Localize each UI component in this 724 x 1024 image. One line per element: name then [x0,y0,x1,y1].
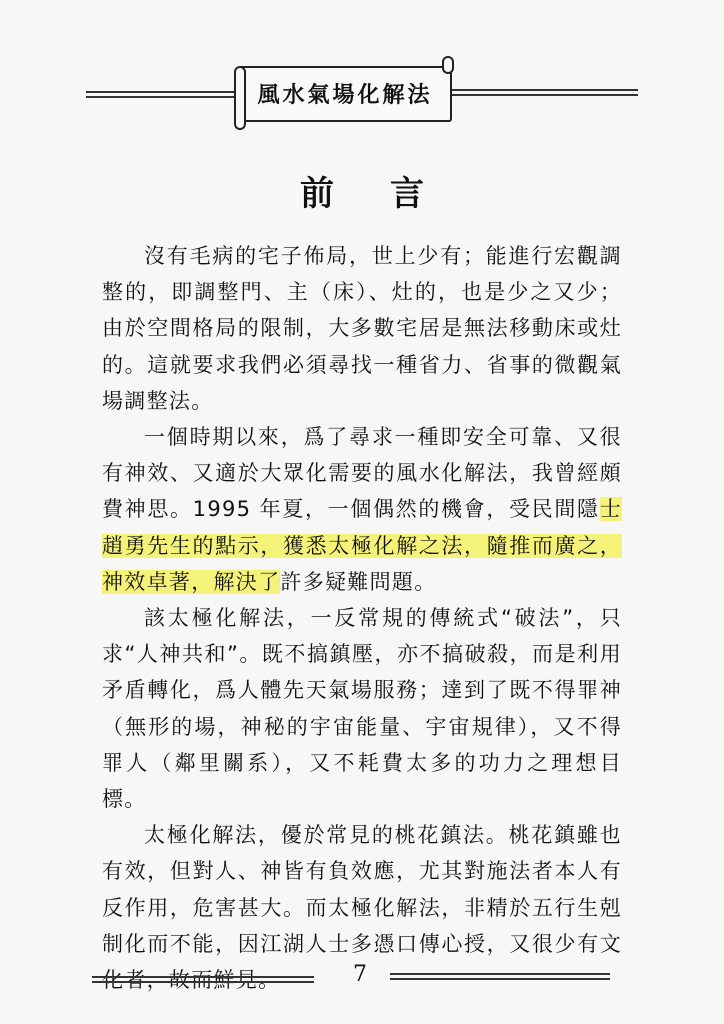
footer-rule-left [92,976,314,983]
header-rule-left [86,91,236,98]
header-scroll-banner: 風水氣場化解法 [238,66,452,122]
page-number: 7 [340,962,380,987]
book-title: 風水氣場化解法 [240,78,450,109]
paragraph-2: 一個時期以來，爲了尋求一種即安全可靠、又很有神效、又適於大眾化需要的風水化解法，… [102,419,622,600]
page-title: 前言 [0,166,724,215]
paragraph-2-tail: 許多疑難問題。 [280,570,436,594]
paragraph-1: 沒有毛病的宅子佈局，世上少有；能進行宏觀調整的，即調整門、主（床）、灶的，也是少… [102,238,622,419]
footer-rule-right [390,973,610,980]
body-text: 沒有毛病的宅子佈局，世上少有；能進行宏觀調整的，即調整門、主（床）、灶的，也是少… [102,238,622,998]
scroll-roll-right-icon [442,56,454,74]
paragraph-3: 該太極化解法，一反常規的傳統式“破法”，只求“人神共和”。既不搞鎮壓，亦不搞破殺… [102,600,622,817]
header-rule-right [428,89,638,96]
book-page: 風水氣場化解法 前言 沒有毛病的宅子佈局，世上少有；能進行宏觀調整的，即調整門、… [0,0,724,1024]
paragraph-2-text: 一個時期以來，爲了尋求一種即安全可靠、又很有神效、又適於大眾化需要的風水化解法，… [102,425,622,521]
